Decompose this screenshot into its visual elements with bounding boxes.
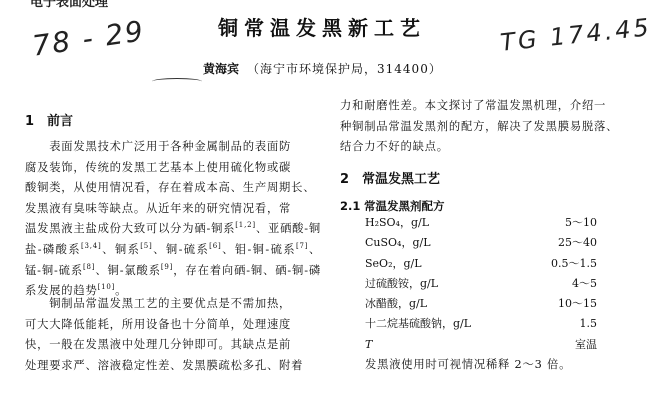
text-line: 酸铜类，从使用情况看，存在着成本高、生产周期长、 <box>25 178 325 199</box>
formula-row: SeO₂，g/L0.5～1.5 <box>365 254 597 274</box>
component: T <box>365 335 372 355</box>
text-line: 发黑液有臭味等缺点。从近年来的研究情况看，常 <box>25 199 325 220</box>
text-line: 种铜制品常温发黑剂的配方，解决了发黑膜易脱落、 <box>340 117 630 138</box>
citation: [8] <box>83 263 95 271</box>
formula-row: CuSO₄，g/L25～40 <box>365 233 597 253</box>
section-1-body: 表面发黑技术广泛用于各种金属制品的表面防 腐及装饰，传统的发黑工艺基本上使用硫化… <box>25 137 325 302</box>
subsection-title: 常温发黑剂配方 <box>364 199 445 213</box>
amount: 25～40 <box>558 233 597 253</box>
author-affiliation: （海宁市环境保护局，314400） <box>247 62 442 76</box>
section-number: 1 <box>25 114 47 129</box>
formula-row: 冰醋酸，g/L10～15 <box>365 294 597 314</box>
dilution-note: 发黑液使用时可视情况稀释 2～3 倍。 <box>365 355 597 375</box>
text-line: 铜制品常温发黑工艺的主要优点是不需加热， <box>25 294 325 315</box>
component: SeO₂，g/L <box>365 254 422 274</box>
text-line: 处理要求严、溶液稳定性差、发黑膜疏松多孔、附着 <box>25 356 325 377</box>
section-1-body-2: 铜制品常温发黑工艺的主要优点是不需加热， 可大大降低能耗，所用设备也十分简单，处… <box>25 294 325 376</box>
author-line: 黄海宾（海宁市环境保护局，314400） <box>203 60 442 77</box>
amount: 1.5 <box>580 314 598 334</box>
formula-row: 十二烷基硫酸钠，g/L1.5 <box>365 314 597 334</box>
component: 过硫酸铵，g/L <box>365 274 438 294</box>
handwritten-page-note: 78 - 29 <box>30 14 147 62</box>
subsection-number: 2.1 <box>340 199 364 213</box>
text-line: 结合力不好的缺点。 <box>340 137 630 158</box>
text-line-with-citations: 温发黑液主盐成份大致可以分为硒-铜系[1,2]、亚硒酸-铜盐-磷酸系[3,4]、… <box>25 219 321 301</box>
amount: 10～15 <box>558 294 597 314</box>
section-1-heading: 1前言 <box>25 110 325 129</box>
text-line: 力和耐磨性差。本文探讨了常温发黑机理，介绍一 <box>340 96 630 117</box>
citation: [3,4] <box>81 242 102 250</box>
component: 十二烷基硫酸钠，g/L <box>365 314 471 334</box>
running-head: 电子表面处理 <box>30 0 108 10</box>
paper-title: 铜常温发黑新工艺 <box>218 12 426 41</box>
author-name: 黄海宾 <box>203 62 239 76</box>
text-line: 可大大降低能耗，所用设备也十分简单，处理速度 <box>25 315 325 336</box>
citation: [7] <box>296 242 308 250</box>
amount: 0.5～1.5 <box>551 254 597 274</box>
text-line: 快，一般在发黑液中处理几分钟即可。其缺点是前 <box>25 335 325 356</box>
citation: [1,2] <box>235 222 256 230</box>
amount: 5～10 <box>565 213 597 233</box>
citation: [6] <box>209 242 221 250</box>
component: CuSO₄，g/L <box>365 233 431 253</box>
handwritten-classification-note: TG 174.451 <box>499 11 647 57</box>
section-number: 2 <box>340 172 362 187</box>
right-column-continuation: 力和耐磨性差。本文探讨了常温发黑机理，介绍一 种铜制品常温发黑剂的配方，解决了发… <box>340 96 630 158</box>
text-line: 表面发黑技术广泛用于各种金属制品的表面防 <box>25 137 325 158</box>
component: 冰醋酸，g/L <box>365 294 427 314</box>
section-title: 常温发黑工艺 <box>362 172 440 187</box>
component: H₂SO₄，g/L <box>365 213 429 233</box>
section-2-heading: 2常温发黑工艺 <box>340 168 630 187</box>
formula-row: 过硫酸铵，g/L4～5 <box>365 274 597 294</box>
amount: 室温 <box>575 335 597 355</box>
text-line: 腐及装饰，传统的发黑工艺基本上使用硫化物或碳 <box>25 158 325 179</box>
formula-table: H₂SO₄，g/L5～10 CuSO₄，g/L25～40 SeO₂，g/L0.5… <box>365 213 597 375</box>
citation: [5] <box>140 242 152 250</box>
citation: [9] <box>161 263 173 271</box>
formula-row: T室温 <box>365 335 597 355</box>
citation: [10] <box>98 283 116 291</box>
formula-row: H₂SO₄，g/L5～10 <box>365 213 597 233</box>
handwritten-underline <box>152 78 202 85</box>
amount: 4～5 <box>572 274 597 294</box>
subsection-2-1-heading: 2.1常温发黑剂配方 <box>340 198 630 214</box>
section-title: 前言 <box>47 114 73 129</box>
